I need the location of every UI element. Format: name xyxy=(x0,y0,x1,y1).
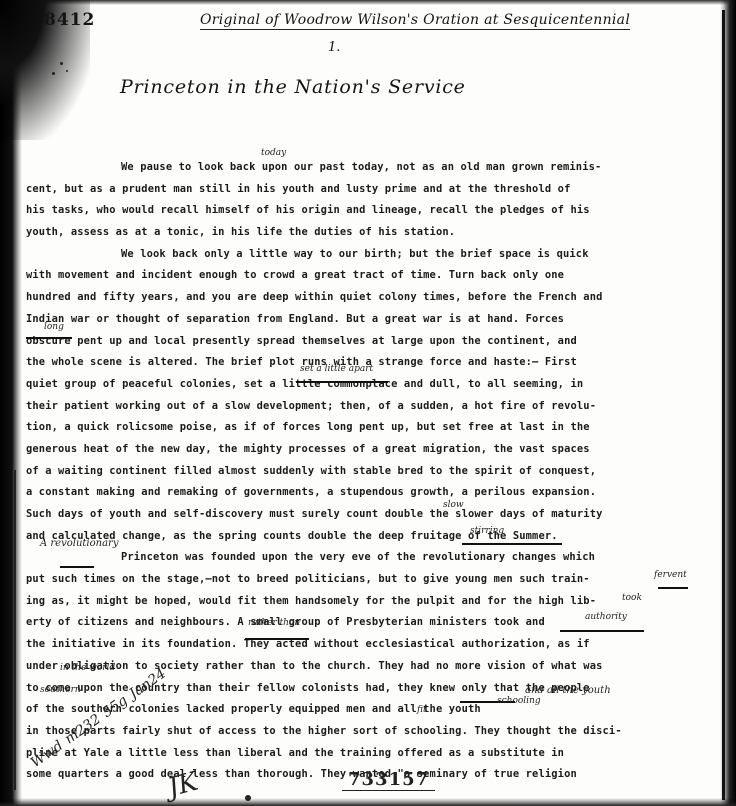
text-line: their patient working out of a slow deve… xyxy=(26,396,718,418)
scanned-document-page: 8412 Original of Woodrow Wilson's Oratio… xyxy=(0,0,736,806)
text-line: generous heat of the new day, the mighty… xyxy=(26,439,718,461)
text-line: pline at Yale a little less than liberal… xyxy=(26,743,718,765)
document-number: 8412 xyxy=(44,10,95,30)
text-line: hundred and fifty years, and you are dee… xyxy=(26,287,718,309)
text-line: tion, a quick rolicsome poise, as if of … xyxy=(26,417,718,439)
text-line: a constant making and remaking of govern… xyxy=(26,482,718,504)
text-line: cent, but as a prudent man still in his … xyxy=(26,179,718,201)
strikethrough-set-a-little xyxy=(296,381,388,383)
strikethrough-revolutionary xyxy=(462,543,562,545)
annotation-fervent: fervent xyxy=(654,570,687,580)
scan-speck xyxy=(245,795,251,801)
annotation-schooling: schooling xyxy=(497,696,541,706)
annotation-southern: southern xyxy=(40,685,81,695)
text-line: youth, assess as at a tonic, in his life… xyxy=(26,222,718,244)
text-line: Such days of youth and self-discovery mu… xyxy=(26,504,718,526)
text-line: We look back only a little way to our bi… xyxy=(26,244,718,266)
annotation-took: took xyxy=(622,593,642,603)
text-line: of a waiting continent filled almost sud… xyxy=(26,461,718,483)
annotation-set-apart: set a little apart xyxy=(300,364,373,374)
text-line: his tasks, who would recall himself of h… xyxy=(26,200,718,222)
annotation-slow: slow xyxy=(443,500,464,510)
text-line: obscure pent up and local presently spre… xyxy=(26,331,718,353)
text-line: in those parts fairly shut of access to … xyxy=(26,721,718,743)
annotation-stirring: stirring xyxy=(470,526,504,536)
text-line: Princeton was founded upon the very eve … xyxy=(26,547,718,569)
text-line: under obligation to society rather than … xyxy=(26,656,718,678)
strikethrough-high xyxy=(658,587,688,589)
annotation-in-the-world: in the world xyxy=(60,663,115,673)
header-note: Original of Woodrow Wilson's Oration at … xyxy=(200,12,630,30)
annotation-today: today xyxy=(261,148,286,158)
text-line: with movement and incident enough to cro… xyxy=(26,265,718,287)
text-line: and calculated change, as the spring cou… xyxy=(26,526,718,548)
scan-shadow-top xyxy=(0,0,736,5)
scan-speck xyxy=(66,70,68,72)
right-margin-rule xyxy=(722,10,725,800)
annotation-rather-than: rather than xyxy=(248,618,300,628)
strikethrough-as-much-as xyxy=(245,638,309,640)
strikethrough-such xyxy=(60,566,94,568)
text-line: Indian war or thought of separation from… xyxy=(26,309,718,331)
annotation-long: long xyxy=(44,322,64,332)
annotation-margin-revolutionary: A revolutionary xyxy=(40,538,118,549)
scan-shadow-bottom xyxy=(0,798,736,806)
page-number: 1. xyxy=(328,40,340,55)
text-line: We pause to look back upon our past toda… xyxy=(26,157,718,179)
scan-speck xyxy=(60,62,63,65)
text-line: put such times on the stage,—not to bree… xyxy=(26,569,718,591)
text-line: the initiative in its foundation. They a… xyxy=(26,634,718,656)
annotation-all-the-youth: and all the youth xyxy=(525,685,611,696)
left-margin-bracket xyxy=(14,470,16,790)
annotation-fit: fit xyxy=(417,705,427,715)
annotation-authority: authority xyxy=(585,612,627,622)
strikethrough-authorization xyxy=(560,630,644,632)
text-line: ing as, it might be hoped, would fit the… xyxy=(26,591,718,613)
text-line: quiet group of peaceful colonies, set a … xyxy=(26,374,718,396)
strikethrough-obscure xyxy=(26,337,72,339)
scan-speck xyxy=(52,72,55,75)
document-title: Princeton in the Nation's Service xyxy=(120,76,466,98)
catalog-number: 733157 xyxy=(342,769,435,791)
